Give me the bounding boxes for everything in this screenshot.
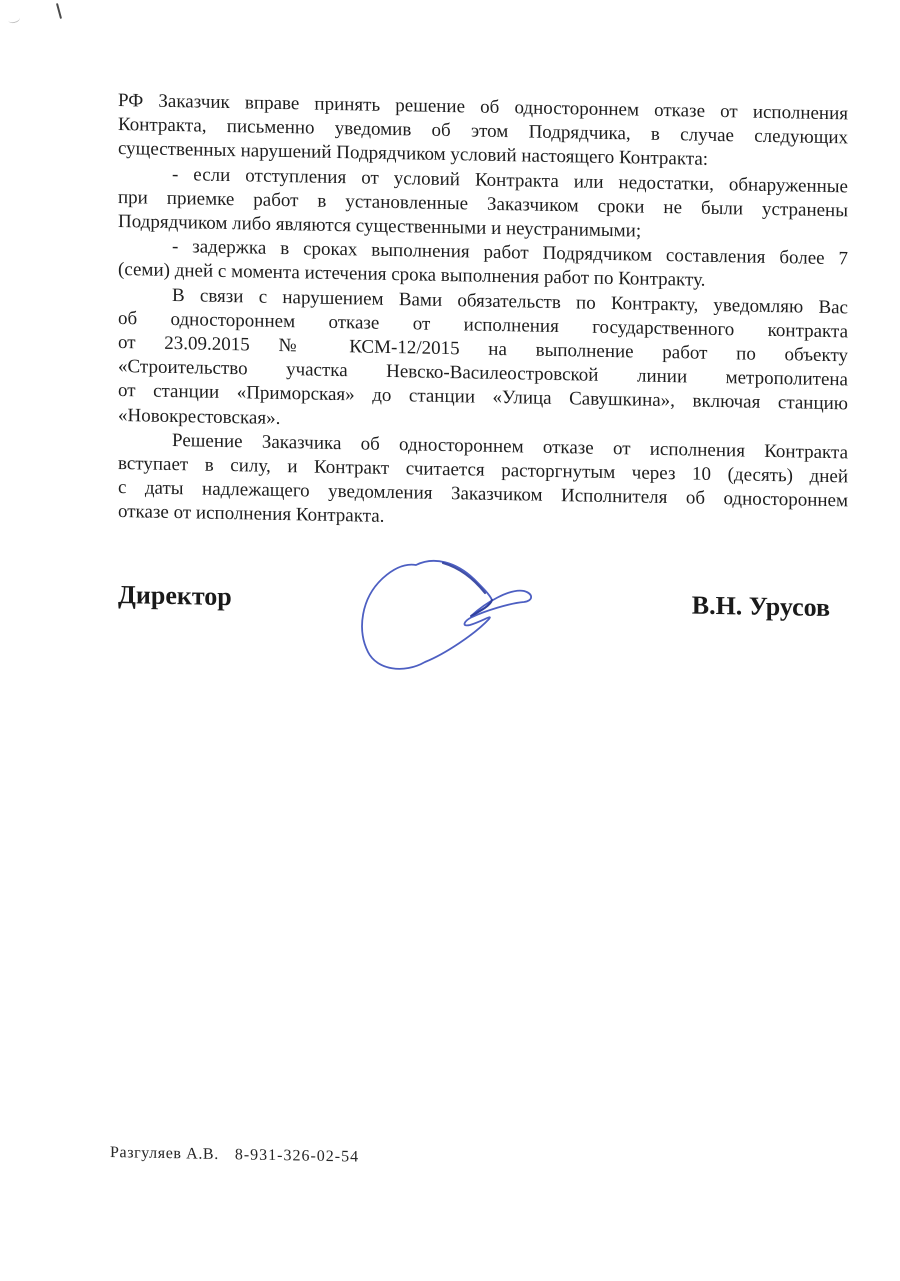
scan-artifact-stroke xyxy=(56,3,62,19)
scanned-letter-page: РФ Заказчик вправе принять решение об од… xyxy=(0,0,900,1281)
executor-footer: Разгуляев А.В.8-931-326-02-54 xyxy=(110,1144,359,1167)
executor-phone: 8-931-326-02-54 xyxy=(235,1146,359,1165)
paragraph-notice: В связи с нарушением Вами обязательств п… xyxy=(118,283,848,442)
scan-artifact-curl xyxy=(7,14,21,25)
signer-name: В.Н. Урусов xyxy=(692,591,830,624)
executor-name: Разгуляев А.В. xyxy=(110,1144,219,1163)
signer-title: Директор xyxy=(118,580,232,612)
paragraph-intro: РФ Заказчик вправе принять решение об од… xyxy=(118,89,848,175)
paragraph-clause-1: - если отступления от условий Контракта … xyxy=(118,162,848,248)
letter-body: РФ Заказчик вправе принять решение об од… xyxy=(118,89,848,538)
signature-main-stroke xyxy=(362,561,531,669)
handwritten-signature-ink xyxy=(340,550,560,690)
paragraph-decision: Решение Заказчика об одностороннем отказ… xyxy=(118,428,848,538)
